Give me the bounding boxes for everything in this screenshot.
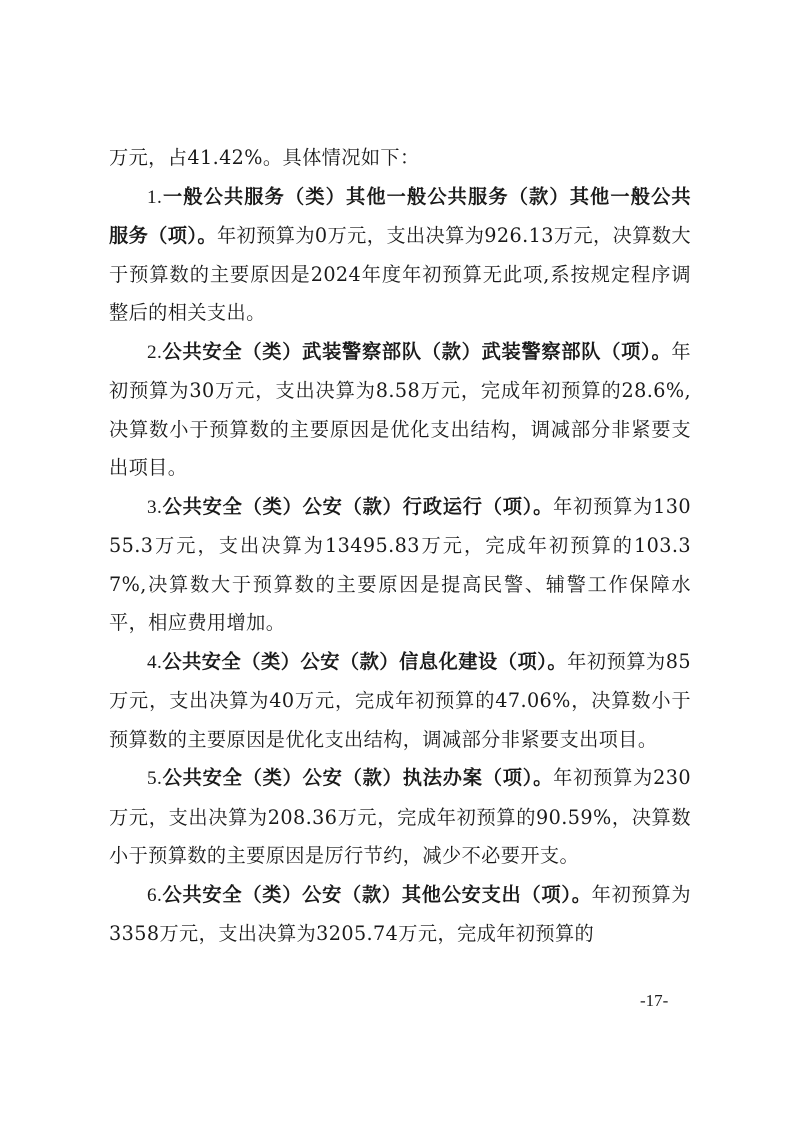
item-heading: 公共安全（类）公安（款）其他公安支出（项） [162,883,572,906]
item-heading-end: 。 [547,650,567,673]
item-paragraph-4: 4.公共安全（类）公安（款）信息化建设（项）。年初预算为85万元，支出决算为40… [109,643,691,760]
item-number: 4. [147,652,162,673]
item-paragraph-5: 5.公共安全（类）公安（款）执法办案（项）。年初预算为230万元，支出决算为20… [109,759,691,876]
item-number: 1. [147,187,162,208]
item-heading-end: 。 [533,495,553,518]
item-heading-end: 。 [651,340,671,363]
item-number: 5. [147,768,162,789]
item-heading: 公共安全（类）公安（款）执法办案（项） [162,766,533,789]
item-paragraph-3: 3.公共安全（类）公安（款）行政运行（项）。年初预算为13055.3万元，支出决… [109,488,691,643]
item-paragraph-2: 2.公共安全（类）武装警察部队（款）武装警察部队（项）。年初预算为30万元，支出… [109,333,691,488]
item-heading: 公共安全（类）公安（款）行政运行（项） [162,495,533,518]
item-heading: 公共安全（类）武装警察部队（款）武装警察部队（项） [162,340,651,363]
item-number: 6. [147,885,162,906]
document-page: 万元，占41.42%。具体情况如下： 1.一般公共服务（类）其他一般公共服务（款… [109,139,691,954]
item-number: 2. [147,342,162,363]
item-heading-end: 。 [572,883,592,906]
item-paragraph-1: 1.一般公共服务（类）其他一般公共服务（款）其他一般公共服务（项）。年初预算为0… [109,178,691,333]
item-number: 3. [147,497,162,518]
item-paragraph-6: 6.公共安全（类）公安（款）其他公安支出（项）。年初预算为3358万元，支出决算… [109,876,691,954]
page-number: -17- [640,991,668,1011]
item-heading-end: 。 [197,224,217,247]
intro-paragraph: 万元，占41.42%。具体情况如下： [109,139,691,178]
item-heading-end: 。 [533,766,553,789]
item-heading: 公共安全（类）公安（款）信息化建设（项） [162,650,547,673]
